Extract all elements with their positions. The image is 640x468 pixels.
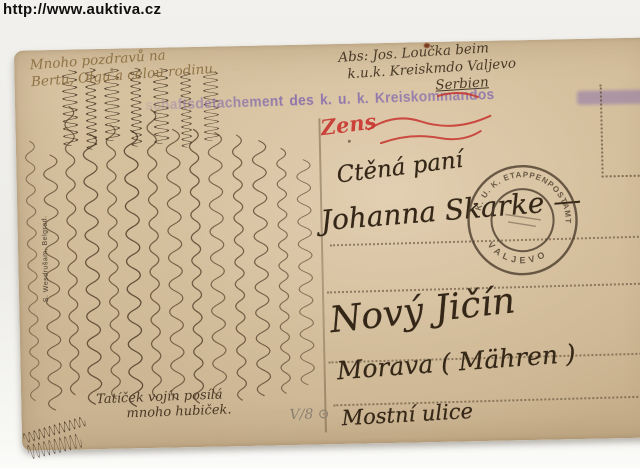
address-recipient-title: Ctěná paní — [335, 147, 464, 189]
postcard-photo: http://www.auktiva.cz — [0, 0, 640, 468]
paper-speck — [110, 69, 113, 72]
paper-speck — [348, 140, 351, 143]
postcard: Mnoho pozdravů na Bertu, Olgu a celou ro… — [14, 37, 640, 450]
catalog-mark: V/8 ⊙ — [289, 406, 329, 423]
postmark-top-text: K. U. K. ETAPPENPOSTAMT — [474, 163, 580, 225]
watermark-url: http://www.auktiva.cz — [3, 1, 161, 18]
postmark-stamp: K. U. K. ETAPPENPOSTAMT VALJEVO — [456, 154, 588, 286]
censor-signature: Zens — [320, 101, 496, 153]
address-region: Morava ( Mähren ) — [336, 339, 577, 385]
svg-text:K. U. K. ETAPPENPOSTAMT: K. U. K. ETAPPENPOSTAMT — [474, 163, 580, 225]
stamp-box — [600, 83, 640, 178]
address-city: Nový Jičín — [328, 280, 517, 341]
